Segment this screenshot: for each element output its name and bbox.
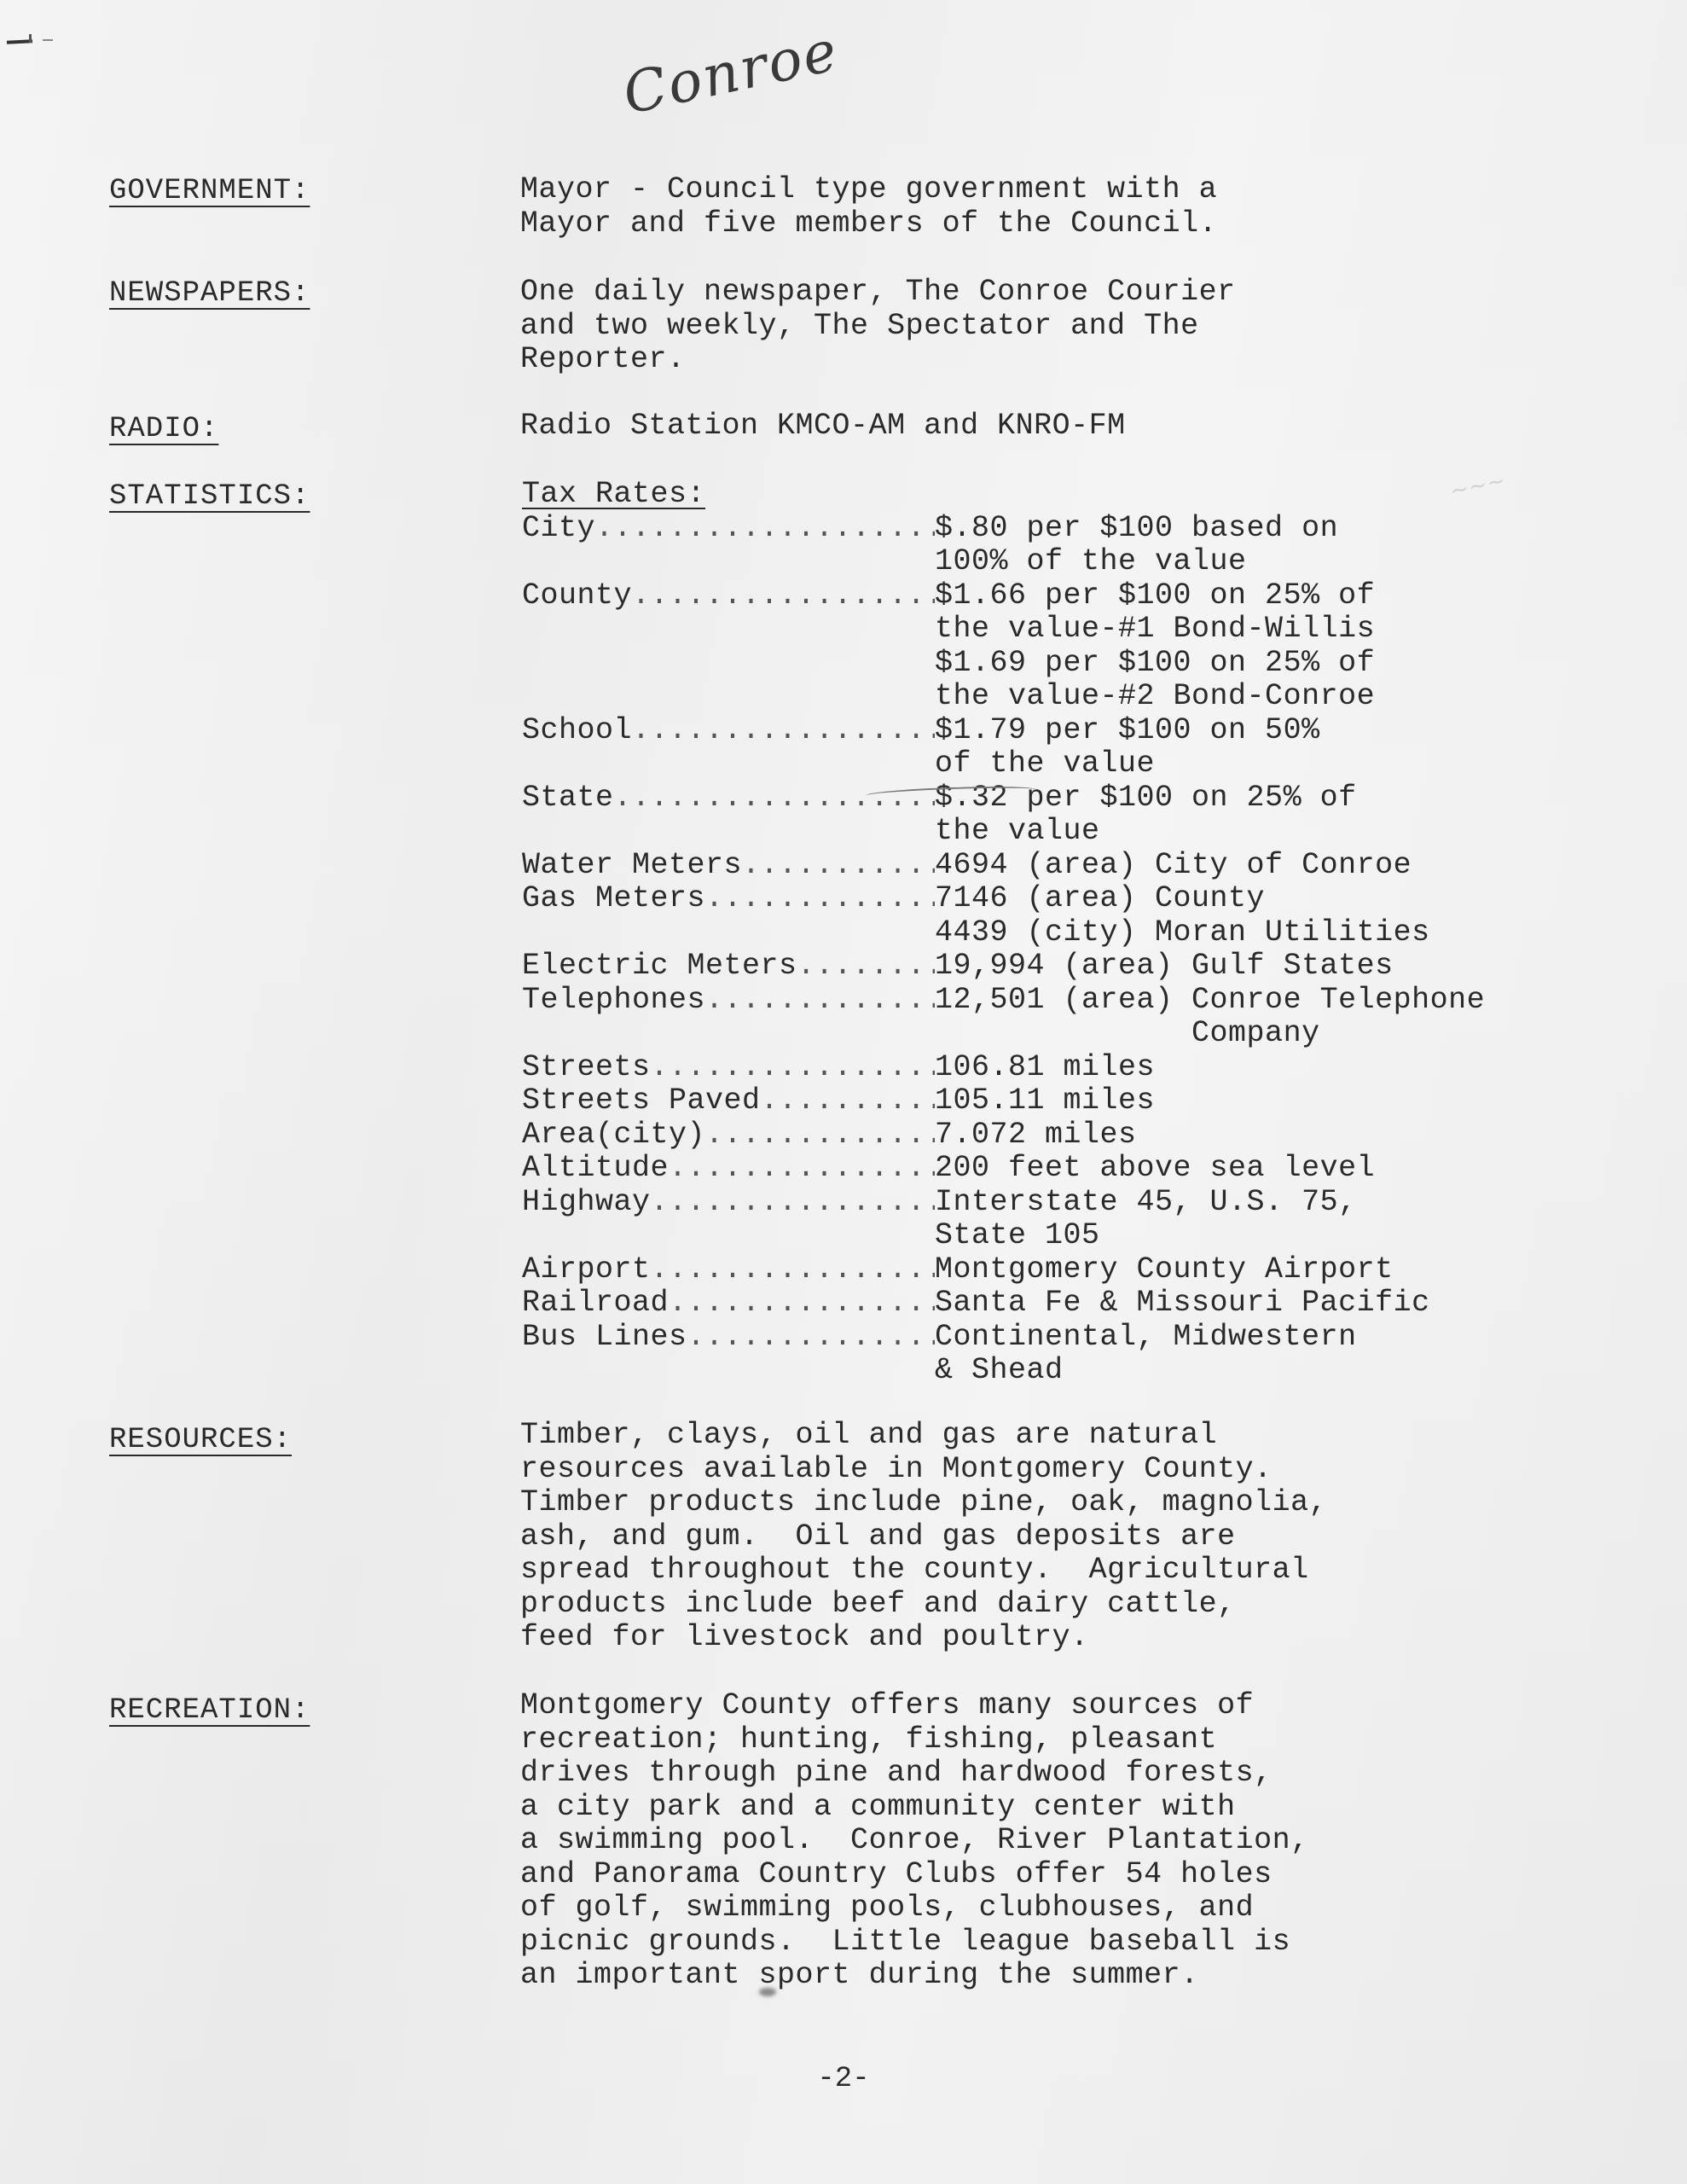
statistics-table: City....................................…	[522, 512, 1485, 1388]
statistics-value: $1.66 per $100 on 25% of the value-#1 Bo…	[935, 579, 1375, 714]
statistics-row: Altitude................................…	[522, 1152, 1485, 1186]
section-text-newspapers: One daily newspaper, The Conroe Courier …	[520, 276, 1236, 377]
statistics-key: Gas Meters..............................…	[522, 882, 935, 950]
statistics-key-label: City	[522, 512, 595, 545]
dotted-leader: ........................................	[687, 1321, 935, 1354]
statistics-row: Telephones..............................…	[522, 984, 1485, 1051]
dotted-leader: ........................................	[669, 1152, 935, 1185]
statistics-key-label: School	[522, 714, 632, 747]
statistics-value: $.80 per $100 based on 100% of the value	[935, 512, 1338, 579]
staple-mark	[7, 34, 75, 48]
handwritten-title: Conroe	[617, 18, 844, 127]
statistics-key-label: Telephones	[522, 984, 705, 1017]
statistics-key-label: Electric Meters	[522, 950, 797, 983]
statistics-row: Bus Lines...............................…	[522, 1321, 1485, 1388]
statistics-row: Area(city)..............................…	[522, 1118, 1485, 1153]
statistics-key: Streets.................................…	[522, 1051, 935, 1085]
statistics-key-label: Streets Paved	[522, 1084, 761, 1118]
section-label-recreation: RECREATION:	[109, 1694, 310, 1727]
statistics-row: Streets.................................…	[522, 1051, 1485, 1085]
section-label-newspapers: NEWSPAPERS:	[109, 277, 310, 310]
statistics-key-label: Area(city)	[522, 1118, 705, 1152]
statistics-value: $1.79 per $100 on 50% of the value	[935, 714, 1320, 781]
statistics-value: 7146 (area) County 4439 (city) Moran Uti…	[935, 882, 1430, 950]
statistics-key-label: Water Meters	[522, 849, 742, 882]
dotted-leader: ........................................	[632, 579, 935, 613]
section-text-resources: Timber, clays, oil and gas are natural r…	[520, 1419, 1327, 1655]
statistics-row: School..................................…	[522, 714, 1485, 781]
statistics-key: Electric Meters.........................…	[522, 950, 935, 984]
section-label-radio: RADIO:	[109, 413, 218, 445]
dotted-leader: ........................................	[705, 984, 935, 1017]
statistics-value: Interstate 45, U.S. 75, State 105	[935, 1186, 1357, 1253]
statistics-row: Airport.................................…	[522, 1253, 1485, 1287]
dotted-leader: ........................................	[651, 1253, 935, 1287]
statistics-row: City....................................…	[522, 512, 1485, 579]
page-number: -2-	[0, 2063, 1687, 2095]
staple-tick	[29, 34, 32, 43]
statistics-key: Bus Lines...............................…	[522, 1321, 935, 1388]
document-page: Conroe ~~~ GOVERNMENT: Mayor - Council t…	[0, 0, 1687, 2184]
dotted-leader: ........................................	[761, 1084, 935, 1118]
statistics-key: Area(city)..............................…	[522, 1118, 935, 1153]
statistics-key: Airport.................................…	[522, 1253, 935, 1287]
section-label-government: GOVERNMENT:	[109, 175, 310, 207]
statistics-key-label: State	[522, 781, 614, 815]
staple-dash	[43, 39, 53, 41]
dotted-leader: ........................................	[669, 1287, 935, 1320]
statistics-value: 200 feet above sea level	[935, 1152, 1375, 1186]
tax-rates-heading: Tax Rates:	[522, 478, 1485, 512]
statistics-key-label: Gas Meters	[522, 882, 705, 915]
statistics-row: Electric Meters.........................…	[522, 950, 1485, 984]
statistics-row: Streets Paved...........................…	[522, 1084, 1485, 1118]
statistics-key-label: Bus Lines	[522, 1321, 687, 1354]
statistics-key: Altitude................................…	[522, 1152, 935, 1186]
dotted-leader: ........................................	[705, 1118, 935, 1152]
section-text-recreation: Montgomery County offers many sources of…	[520, 1689, 1309, 1993]
statistics-row: Railroad................................…	[522, 1287, 1485, 1321]
dotted-leader: ........................................	[651, 1051, 935, 1084]
statistics-row: Water Meters............................…	[522, 849, 1485, 883]
statistics-value: 7.072 miles	[935, 1118, 1137, 1153]
statistics-row: Highway.................................…	[522, 1186, 1485, 1253]
section-text-radio: Radio Station KMCO-AM and KNRO-FM	[520, 409, 1126, 444]
statistics-key-label: Airport	[522, 1253, 651, 1287]
statistics-key-label: Altitude	[522, 1152, 669, 1185]
statistics-key: County..................................…	[522, 579, 935, 714]
section-label-statistics: STATISTICS:	[109, 480, 310, 513]
statistics-key: Railroad................................…	[522, 1287, 935, 1321]
statistics-key: Water Meters............................…	[522, 849, 935, 883]
statistics-value: 12,501 (area) Conroe Telephone Company	[935, 984, 1485, 1051]
statistics-key: City....................................…	[522, 512, 935, 579]
statistics-key-label: Highway	[522, 1186, 651, 1219]
statistics-key-label: Railroad	[522, 1287, 669, 1320]
statistics-value: Montgomery County Airport	[935, 1253, 1394, 1287]
statistics-key-label: County	[522, 579, 632, 613]
statistics-key: Telephones..............................…	[522, 984, 935, 1051]
statistics-value: Santa Fe & Missouri Pacific	[935, 1287, 1430, 1321]
dotted-leader: ........................................	[651, 1186, 935, 1219]
statistics-key-label: Streets	[522, 1051, 651, 1084]
statistics-row: County..................................…	[522, 579, 1485, 714]
dotted-leader: ........................................	[705, 882, 935, 915]
statistics-value: Continental, Midwestern & Shead	[935, 1321, 1357, 1388]
dotted-leader: ........................................	[632, 714, 935, 747]
dotted-leader: ........................................	[595, 512, 935, 545]
statistics-key: Highway.................................…	[522, 1186, 935, 1253]
statistics-key: Streets Paved...........................…	[522, 1084, 935, 1118]
section-label-resources: RESOURCES:	[109, 1424, 292, 1456]
dotted-leader: ........................................	[797, 950, 935, 983]
statistics-value: 105.11 miles	[935, 1084, 1155, 1118]
statistics-block: Tax Rates: City.........................…	[522, 478, 1485, 1388]
statistics-value: 4694 (area) City of Conroe	[935, 849, 1412, 883]
statistics-value: 19,994 (area) Gulf States	[935, 950, 1394, 984]
dotted-leader: ........................................	[742, 849, 935, 882]
section-text-government: Mayor - Council type government with a M…	[520, 173, 1217, 241]
statistics-row: Gas Meters..............................…	[522, 882, 1485, 950]
statistics-key: State...................................…	[522, 781, 935, 849]
ink-smudge	[759, 1988, 776, 1996]
statistics-key: School..................................…	[522, 714, 935, 781]
statistics-value: 106.81 miles	[935, 1051, 1155, 1085]
